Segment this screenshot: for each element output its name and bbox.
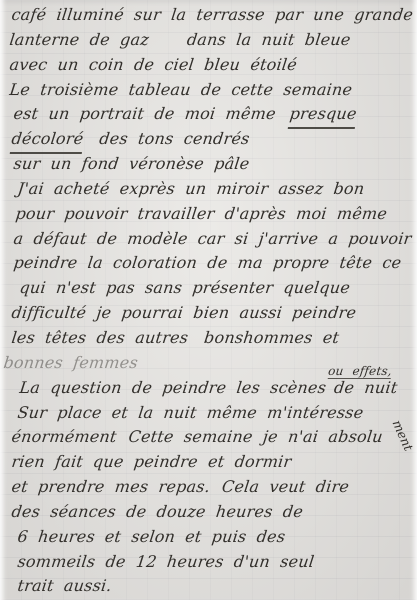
text-segment: rien fait	[10, 450, 84, 475]
handwritten-line: pour pouvoir travailler d'après moi même	[14, 202, 415, 227]
handwritten-line: La question de peindre les scènesou effe…	[18, 376, 415, 401]
handwritten-line: des séances de douze heures de	[10, 500, 415, 525]
text-segment: pour pouvoir travailler d'après moi même	[14, 202, 389, 227]
text-segment: car si j'arrive a pouvoir	[196, 227, 413, 252]
text-segment: 6 heures	[16, 525, 96, 550]
text-segment: sur un fond véronèse pâle	[12, 152, 251, 177]
text-segment: presque	[288, 102, 358, 129]
text-segment: avec un coin de ciel bleu étoilé	[8, 53, 298, 78]
handwritten-line: qui n'est pas sans présenter quelque	[18, 276, 415, 301]
text-segment: et prendre mes repas.	[10, 475, 211, 500]
letter-lines: café illuminé sur la terrasse par une gr…	[8, 3, 412, 599]
handwritten-line: sur un fond véronèse pâle	[12, 152, 415, 177]
handwritten-line: Le troisième tableau de cette semaine	[8, 78, 415, 103]
interlinear-insertion: ou effets,	[327, 365, 392, 379]
handwritten-line: avec un coin de ciel bleu étoilé	[8, 53, 415, 78]
text-segment: peindre la coloration de ma propre tête …	[12, 251, 403, 276]
text-segment: des séances de douze heures de	[10, 500, 304, 525]
handwritten-line: 6 heureset selonet puis des	[16, 525, 415, 550]
handwritten-line: peindre la coloration de ma propre tête …	[12, 251, 415, 276]
text-segment: bonshommes et	[203, 326, 341, 351]
handwritten-line: trait aussi.	[16, 574, 415, 599]
text-segment: sommeils de 12 heures d'un seul	[16, 550, 316, 575]
handwritten-line: Sur placeet la nuit même m'intéresse	[16, 401, 415, 426]
text-segment: énormément	[10, 425, 118, 450]
handwritten-line: difficulté je pourrai bien aussi peindre	[10, 301, 415, 326]
text-segment: et la nuit même m'intéresse	[110, 401, 365, 426]
letter-page: café illuminé sur la terrasse par une gr…	[0, 0, 417, 600]
text-segment: ou effets,de nuit	[333, 376, 399, 401]
handwritten-line: les têtes des autresbonshommes et	[10, 326, 415, 351]
handwritten-line: J'ai acheté exprès un miroir assez bon	[16, 177, 415, 202]
text-segment: La question de peindre les scènes	[18, 376, 328, 401]
text-segment: qui n'est pas sans présenter quelque	[18, 276, 351, 301]
handwritten-line: et prendre mes repas.Cela veut dire	[10, 475, 415, 500]
text-segment: a défaut de modèle	[12, 227, 189, 252]
handwritten-line: café illuminé sur la terrasse par une gr…	[10, 3, 415, 28]
handwritten-line: énormémentCette semaine je n'ai absolu	[10, 425, 415, 450]
text-segment: Cette semaine je n'ai absolu	[127, 425, 384, 450]
text-segment: trait aussi.	[16, 574, 113, 599]
text-segment: et puis des	[184, 525, 287, 550]
text-segment: est un portrait de moi même	[12, 102, 277, 127]
text-segment: difficulté je pourrai bien aussi peindre	[10, 301, 358, 326]
text-segment: bonnes femmes	[2, 351, 139, 376]
handwritten-line: a défaut de modèlecar si j'arrive a pouv…	[12, 227, 415, 252]
text-segment: lanterne de gaz	[8, 28, 150, 53]
text-segment: des tons cendrés	[98, 127, 251, 152]
handwritten-line: rien faitque peindre et dormir	[10, 450, 415, 475]
text-segment: Le troisième tableau de cette semaine	[8, 78, 354, 103]
text-segment: Sur place	[16, 401, 103, 426]
text-segment: J'ai acheté exprès un miroir assez bon	[16, 177, 366, 202]
handwritten-line: est un portrait de moi mêmepresque	[12, 102, 415, 127]
text-segment: les têtes des autres	[10, 326, 190, 351]
text-segment: décoloré	[10, 127, 85, 154]
text-segment: que peindre et dormir	[91, 450, 292, 475]
handwritten-line: décolorédes tons cendrés	[10, 127, 415, 152]
handwritten-line: lanterne de gazdans la nuit bleue	[8, 28, 415, 53]
handwritten-line: sommeils de 12 heures d'un seul	[16, 550, 415, 575]
text-segment: café illuminé sur la terrasse par une gr…	[10, 3, 414, 28]
text-segment: et selon	[103, 525, 176, 550]
text-segment: dans la nuit bleue	[185, 28, 352, 53]
text-segment: Cela veut dire	[220, 475, 350, 500]
